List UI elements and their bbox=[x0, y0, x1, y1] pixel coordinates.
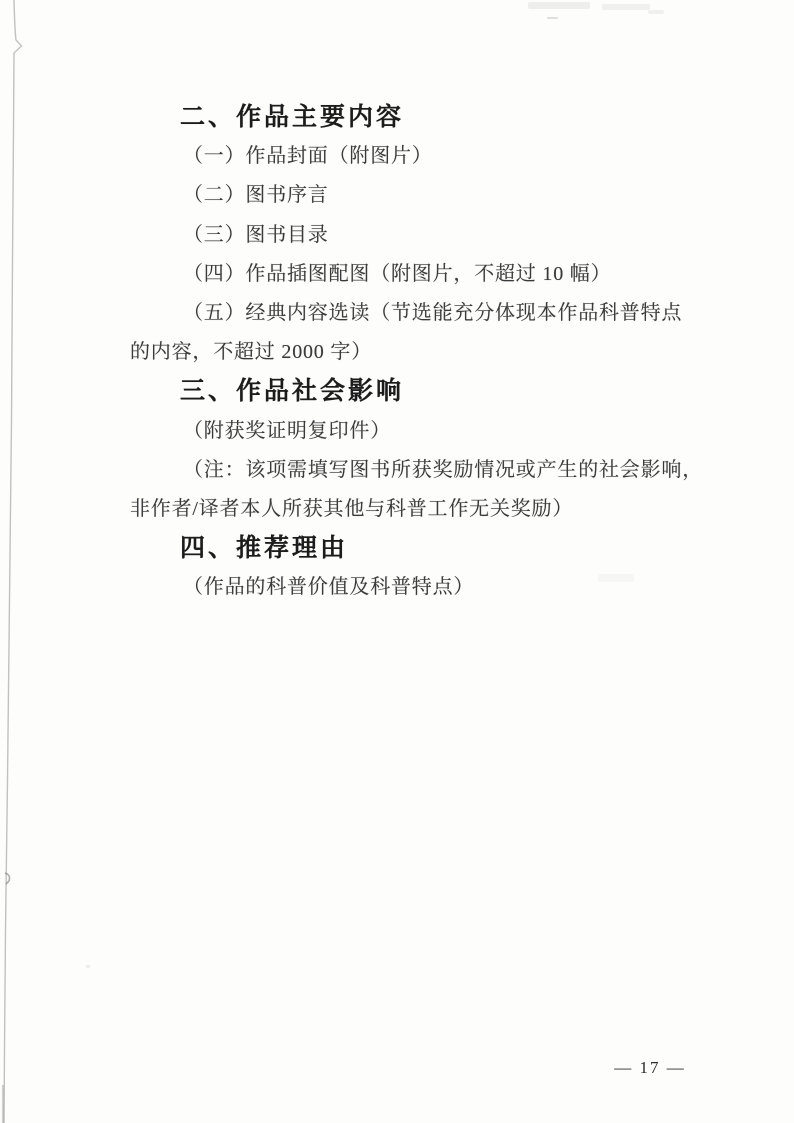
scan-speck bbox=[86, 965, 90, 968]
doc-line-item-2: （二）图书序言 bbox=[130, 176, 730, 215]
scan-smudge-top-3 bbox=[648, 10, 664, 14]
doc-line-item-5-cont: 的内容，不超过 2000 字） bbox=[130, 333, 730, 372]
page-number: — 17 — bbox=[600, 1058, 700, 1078]
doc-line-item-4: （四）作品插图配图（附图片，不超过 10 幅） bbox=[130, 255, 730, 294]
section-heading-4: 四、推荐理由 bbox=[130, 529, 730, 568]
scan-smudge-top-1 bbox=[528, 2, 590, 9]
doc-line-item-3: （三）图书目录 bbox=[130, 216, 730, 255]
doc-line-reason: （作品的科普价值及科普特点） bbox=[130, 568, 730, 607]
doc-line-award-note: （附获奖证明复印件） bbox=[130, 412, 730, 451]
scanned-document-page: 二、作品主要内容 （一）作品封面（附图片） （二）图书序言 （三）图书目录 （四… bbox=[0, 0, 794, 1123]
doc-line-item-1: （一）作品封面（附图片） bbox=[130, 137, 730, 176]
doc-line-note: （注：该项需填写图书所获奖励情况或产生的社会影响， bbox=[130, 451, 730, 490]
scan-smudge-top-dash bbox=[547, 17, 558, 19]
doc-line-item-5: （五）经典内容选读（节选能充分体现本作品科普特点 bbox=[130, 294, 730, 333]
scan-smudge-top-2 bbox=[602, 4, 650, 10]
section-heading-3: 三、作品社会影响 bbox=[130, 372, 730, 411]
document-text-block: 二、作品主要内容 （一）作品封面（附图片） （二）图书序言 （三）图书目录 （四… bbox=[130, 98, 730, 607]
section-heading-2: 二、作品主要内容 bbox=[130, 98, 730, 137]
doc-line-note-cont: 非作者/译者本人所获其他与科普工作无关奖励） bbox=[130, 490, 730, 529]
